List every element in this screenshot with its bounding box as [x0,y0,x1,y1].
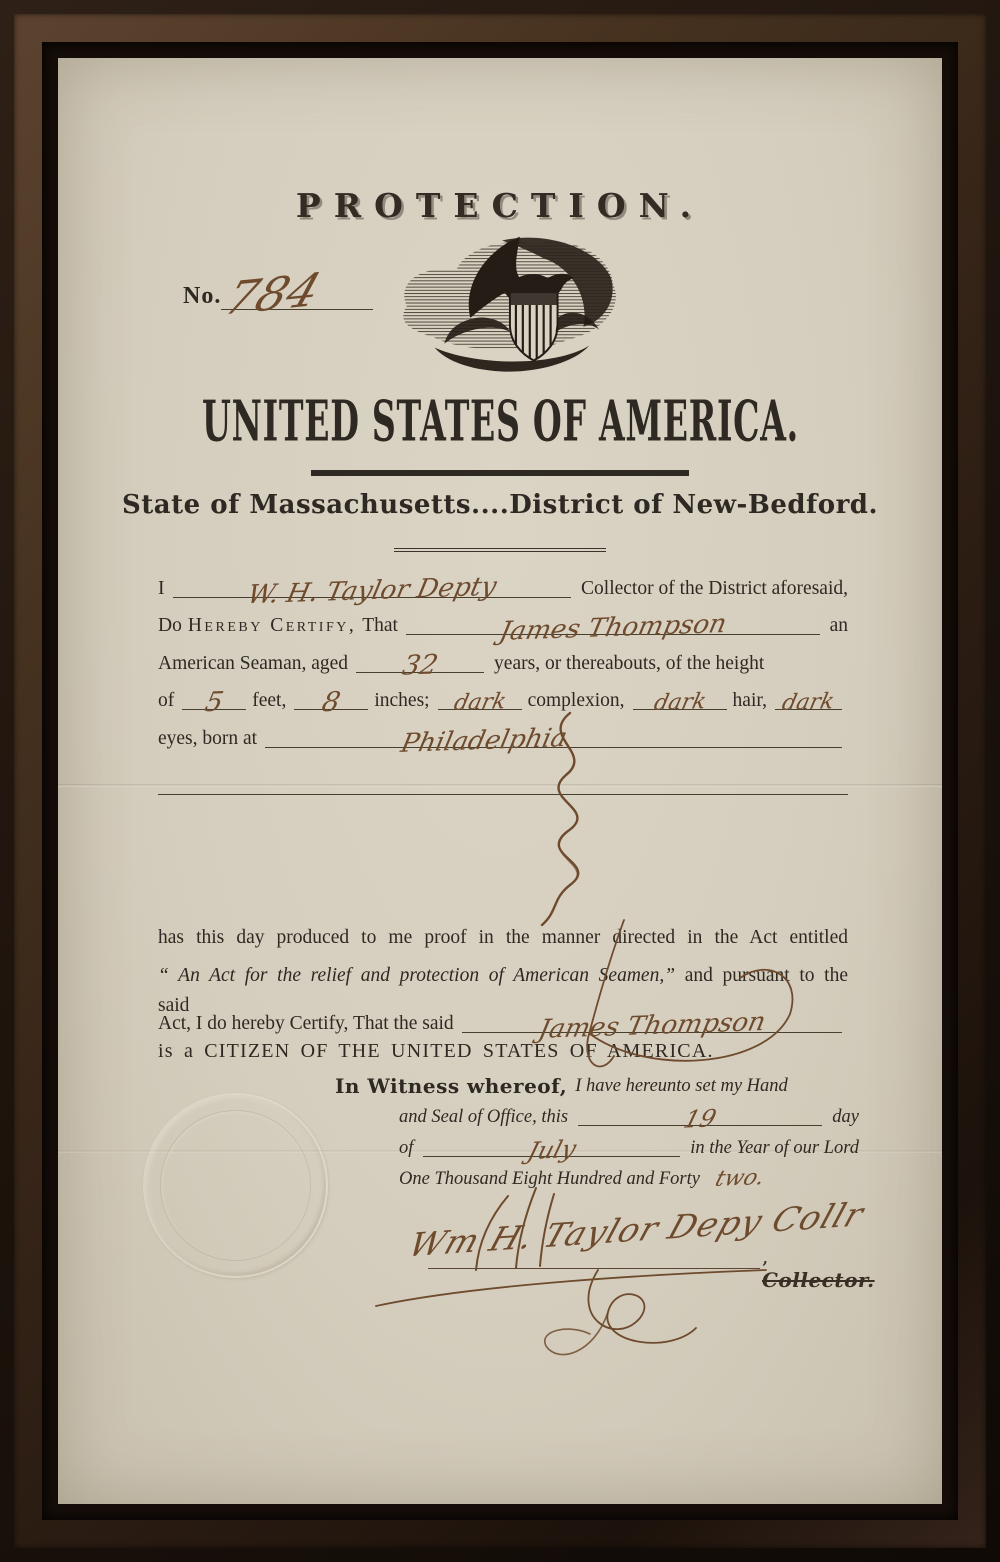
collector-title: , Collector. [762,1244,878,1292]
number-blank-line: 784 [221,258,373,310]
witness-line-3: of July in the Year of our Lord [335,1128,859,1159]
seaman-name-blank: James Thompson [406,598,820,636]
eagle-on-shield-vignette-icon [385,228,623,380]
country-title: UNITED STATES OF AMERICA. [58,394,942,448]
handwritten-month: July [525,1138,578,1162]
handwritten-age: 32 [400,653,440,678]
signature-underline [428,1268,760,1269]
witness-block: In Witness whereof, I have hereunto set … [335,1066,859,1190]
age-blank: 32 [356,635,484,673]
cert-line-collector: I W. H. Taylor Depty Collector of the Di… [158,563,848,601]
feet-blank: 5 [182,673,246,711]
act-paragraph: has this day produced to me proof in the… [158,923,848,1073]
inches-blank: 8 [294,673,368,711]
complexion-blank: dark [438,673,522,711]
cert-line-birthplace: eyes, born at Philadelphia [158,713,848,751]
title-double-rule [311,470,689,476]
act-line-2: “ An Act for the relief and protection o… [158,961,848,999]
cert-line-description: of 5 feet, 8 inches; dark complexion, da… [158,676,848,714]
struck-collector-label: Collector. [762,1268,875,1292]
birthplace-blank: Philadelphia [265,710,842,748]
witness-line-2: and Seal of Office, this 19 day [335,1097,859,1128]
protection-certificate-document: PROTECTION. No.784 [58,58,942,1504]
empty-continuation-rule [158,765,848,795]
in-witness-whereof-heading: In Witness whereof, [335,1075,567,1097]
month-blank: July [423,1126,680,1157]
act-line-3: Act, I do hereby Certify, That the said … [158,998,848,1036]
embossed-blind-seal-icon [143,1093,328,1278]
frame-inner-lip: PROTECTION. No.784 [42,42,958,1520]
handwritten-birthplace: Philadelphia [399,726,569,756]
state-district-line: State of Massachusetts....District of Ne… [58,490,942,520]
collector-name-blank: W. H. Taylor Depty [173,560,572,598]
certificate-number-row: No.784 [183,258,383,310]
hair-blank: dark [633,673,727,711]
document-title-protection: PROTECTION. [58,186,942,225]
certificate-body: I W. H. Taylor Depty Collector of the Di… [158,563,848,795]
handwritten-seaman-name: James Thompson [497,612,728,644]
number-label: No. [183,283,221,309]
act-line-1: has this day produced to me proof in the… [158,923,848,961]
day-blank: 19 [578,1095,822,1126]
handwritten-feet: 5 [203,691,225,716]
picture-frame: PROTECTION. No.784 [0,0,1000,1562]
signature-block: Wm H. Taylor Depy Collr , Collector. [358,1178,878,1368]
witness-line-1: In Witness whereof, I have hereunto set … [335,1066,859,1097]
district-double-rule [394,548,606,552]
handwritten-said-seaman-name: James Thompson [536,1010,767,1042]
frame-bevel: PROTECTION. No.784 [14,14,986,1548]
said-seaman-name-blank: James Thompson [462,995,842,1033]
eyes-blank: dark [775,673,842,711]
handwritten-certificate-number: 784 [218,263,328,326]
